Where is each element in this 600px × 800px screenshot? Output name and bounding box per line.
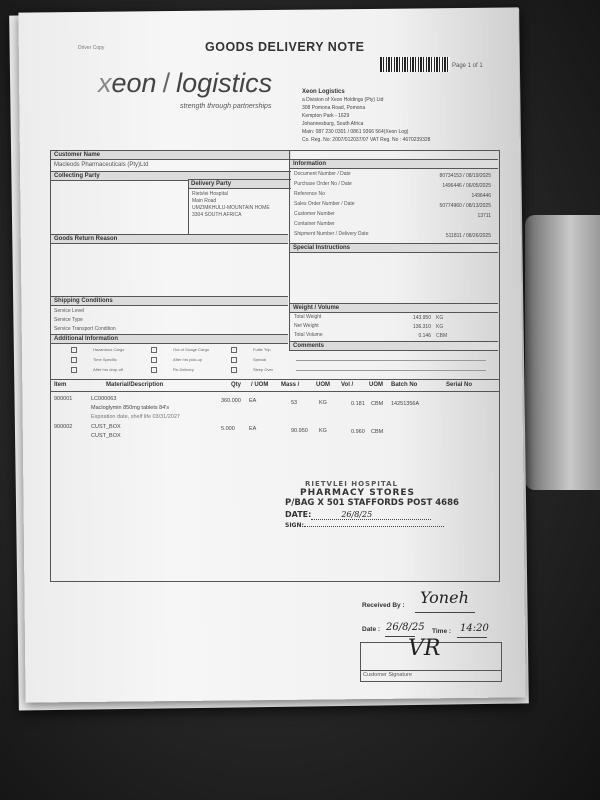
info-value: 1496446 <box>391 193 491 199</box>
qty: 5.000 <box>221 426 235 432</box>
checkbox[interactable] <box>151 347 157 353</box>
qty: 360.000 <box>221 398 241 404</box>
mass-uom: KG <box>319 400 327 406</box>
weight-volume-value: 0.146 <box>391 333 431 339</box>
volume-uom: CBM <box>371 401 383 407</box>
copy-label: Driver Copy <box>78 45 104 51</box>
info-label: Document Number / Date <box>294 171 351 177</box>
column-header: Material/Description <box>106 382 163 388</box>
logo-tagline: strength through partnerships <box>180 103 271 110</box>
column-header: Vol / <box>341 382 353 388</box>
checkbox[interactable] <box>151 367 157 373</box>
checkbox[interactable] <box>71 347 77 353</box>
comments-header: Comments <box>290 341 498 351</box>
checkbox-label: Out of Guage Cargo <box>173 347 209 352</box>
weight-volume-unit: KG <box>436 324 443 330</box>
checkbox-label: Futile Trip <box>253 347 271 352</box>
item-number: 900002 <box>54 424 72 430</box>
checkbox-label: Sleep Over <box>253 367 273 372</box>
weight-volume-label: Total Volume <box>294 332 323 338</box>
info-label: Customer Number <box>294 211 335 217</box>
weight-volume-unit: CBM <box>436 333 447 339</box>
page-number: Page 1 of 1 <box>452 63 483 69</box>
column-header: UOM <box>369 382 383 388</box>
customer-name: Macleods Pharmaceuticals (Pty)Ltd <box>54 162 148 168</box>
document-title: GOODS DELIVERY NOTE <box>205 40 365 54</box>
customer-signature-label: Customer Signature <box>361 670 501 679</box>
info-label: Reference No <box>294 191 325 197</box>
time-label: Time : <box>432 628 451 635</box>
info-value: 13711 <box>391 213 491 219</box>
column-header: Item <box>54 382 66 388</box>
transport-condition-label: Service Transport Condition <box>54 326 116 332</box>
batch-number: 14251356A <box>391 401 419 407</box>
hospital-stamp: RIETVLEI HOSPITAL PHARMACY STORES P/BAG … <box>285 480 459 529</box>
checkbox-label: Hazardous Cargo <box>93 347 124 352</box>
checkbox[interactable] <box>151 357 157 363</box>
material-code: CUST_BOX <box>91 424 121 430</box>
material-description: Macloglymin 850mg tablets 84's <box>91 405 169 411</box>
barcode <box>380 57 450 72</box>
goods-return-reason-header: Goods Return Reason <box>51 234 288 244</box>
information-header: Information <box>290 159 498 169</box>
received-by-signature: Yoneh <box>420 588 469 607</box>
info-label: Shipment Number / Delivery Date <box>294 231 368 237</box>
weight-volume-label: Total Weight <box>294 314 321 320</box>
volume: 0.181 <box>351 401 365 407</box>
material-code: LC000063 <box>91 396 116 402</box>
company-address: Xeon Logistics a Division of Xeon Holdin… <box>302 88 430 144</box>
checkbox-label: After hrs pick-up <box>173 357 202 362</box>
special-instructions-header: Special Instructions <box>290 243 498 253</box>
date-label: Date : <box>362 626 380 633</box>
weight-volume-unit: KG <box>436 315 443 321</box>
column-header: / UOM <box>251 382 268 388</box>
checkbox-label: Special <box>253 357 266 362</box>
received-by-label: Received By : <box>362 602 405 609</box>
checkbox-label: Re-Delivery <box>173 367 194 372</box>
info-label: Purchase Order No / Date <box>294 181 352 187</box>
mass-uom: KG <box>319 428 327 434</box>
column-header: Batch No <box>391 382 417 388</box>
checkbox[interactable] <box>71 357 77 363</box>
company-logo: xeon/logistics <box>98 68 272 99</box>
info-label: Container Number <box>294 221 335 227</box>
service-level-label: Service Level <box>54 308 84 314</box>
receipt-time: 14:20 <box>460 623 489 634</box>
customer-name-header: Customer Name <box>51 151 291 160</box>
additional-information-header: Additional Information <box>51 334 288 344</box>
checkbox[interactable] <box>71 367 77 373</box>
background-object <box>525 215 600 490</box>
weight-volume-header: Weight / Volume <box>290 303 498 313</box>
checkbox-label: After hrs drop-off <box>93 367 123 372</box>
checkbox[interactable] <box>231 357 237 363</box>
volume: 0.960 <box>351 429 365 435</box>
receipt-date: 26/8/25 <box>386 622 425 633</box>
column-header: UOM <box>316 382 330 388</box>
service-type-label: Service Type <box>54 317 83 323</box>
weight-volume-value: 136.310 <box>391 324 431 330</box>
mass: 53 <box>291 400 297 406</box>
volume-uom: CBM <box>371 429 383 435</box>
item-number: 900001 <box>54 396 72 402</box>
shipping-conditions-header: Shipping Conditions <box>51 296 288 306</box>
checkbox[interactable] <box>231 347 237 353</box>
info-value: 511811 / 08/26/2025 <box>391 233 491 239</box>
mass: 90.950 <box>291 428 308 434</box>
customer-signature: VR <box>408 636 440 661</box>
delivery-party-address: Rietvlei Hospital Main Road UMZIMKHULU-M… <box>192 191 270 219</box>
material-description: CUST_BOX <box>91 433 121 439</box>
info-value: 50774960 / 08/13/2025 <box>391 203 491 209</box>
column-header: Qty <box>231 382 241 388</box>
weight-volume-value: 143.950 <box>391 315 431 321</box>
column-header: Serial No <box>446 382 472 388</box>
weight-volume-label: Net Weight <box>294 323 319 329</box>
info-value: 80734153 / 08/19/2025 <box>391 173 491 179</box>
material-note: Expiration date, shelf life 03/31/2027 <box>91 414 180 420</box>
delivery-party-header: Delivery Party <box>188 179 291 189</box>
uom: EA <box>249 398 256 404</box>
checkbox-label: Time Specific <box>93 357 117 362</box>
info-value: 1496446 / 06/05/2025 <box>391 183 491 189</box>
checkbox[interactable] <box>231 367 237 373</box>
info-label: Sales Order Number / Date <box>294 201 355 207</box>
uom: EA <box>249 426 256 432</box>
column-header: Mass / <box>281 382 299 388</box>
